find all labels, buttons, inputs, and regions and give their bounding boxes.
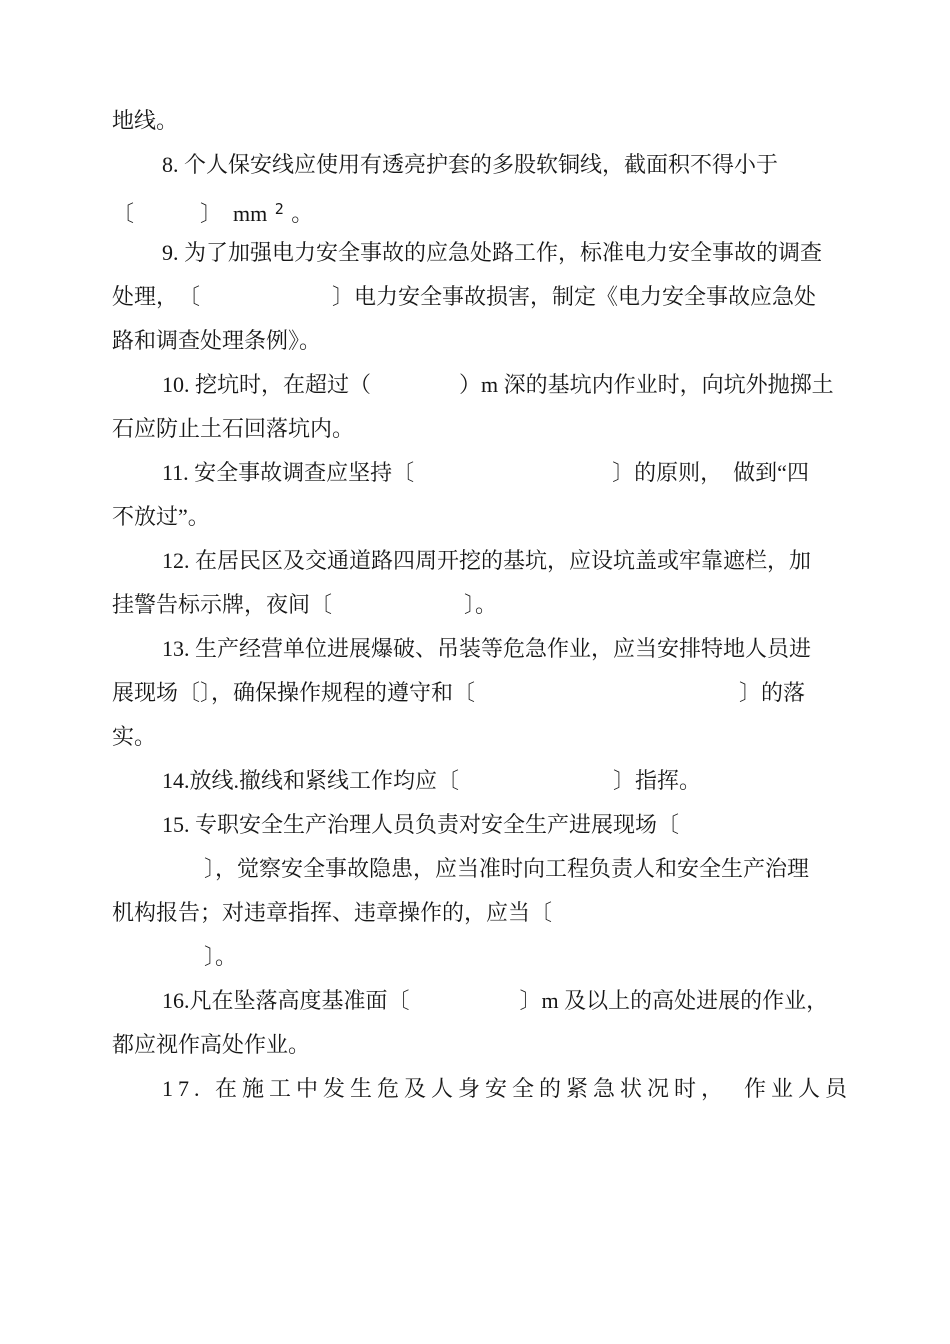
superscript: 2 xyxy=(273,200,286,218)
line-text: 〔 〕 mm xyxy=(112,201,273,226)
text-line: 15. 专职安全生产治理人员负责对安全生产进展现场〔 xyxy=(112,803,857,847)
text-line: 16.凡在坠落高度基准面〔 〕m 及以上的高处进展的作业， xyxy=(112,979,857,1023)
text-line: 〕。 xyxy=(112,935,857,979)
document-page: 地线。8. 个人保安线应使用有透亮护套的多股软铜线，截面积不得小于〔 〕 mm … xyxy=(0,0,950,1344)
text-line: 8. 个人保安线应使用有透亮护套的多股软铜线，截面积不得小于 xyxy=(112,143,857,187)
text-line: 9. 为了加强电力安全事故的应急处路工作，标准电力安全事故的调查 xyxy=(112,231,857,275)
text-line: 13. 生产经营单位进展爆破、吊装等危急作业，应当安排特地人员进 xyxy=(112,627,857,671)
text-line: 路和调查处理条例》。 xyxy=(112,319,857,363)
text-line: 机构报告；对违章指挥、违章操作的，应当〔 xyxy=(112,891,857,935)
text-line: 11. 安全事故调查应坚持〔 〕的原则， 做到“四 xyxy=(112,451,857,495)
text-line: 石应防止土石回落坑内。 xyxy=(112,407,857,451)
text-line: 挂警告标示牌，夜间〔 〕。 xyxy=(112,583,857,627)
text-line: 14.放线.撤线和紧线工作均应〔 〕指挥。 xyxy=(112,759,857,803)
text-line: 17. 在施工中发生危及人身安全的紧急状况时， 作业人员 xyxy=(112,1067,857,1111)
document-text-block: 地线。8. 个人保安线应使用有透亮护套的多股软铜线，截面积不得小于〔 〕 mm … xyxy=(112,99,857,1111)
text-line: 10. 挖坑时，在超过（ ）m 深的基坑内作业时，向坑外抛掷土 xyxy=(112,363,857,407)
text-line: 都应视作高处作业。 xyxy=(112,1023,857,1067)
text-line: 〔 〕 mm 2 。 xyxy=(112,187,857,231)
line-text: 。 xyxy=(286,201,314,226)
text-line: 处理， 〔 〕电力安全事故损害，制定《电力安全事故应急处 xyxy=(112,275,857,319)
text-line: 实。 xyxy=(112,715,857,759)
text-line: 12. 在居民区及交通道路四周开挖的基坑，应设坑盖或牢靠遮栏，加 xyxy=(112,539,857,583)
text-line: 展现场〔〕，确保操作规程的遵守和〔 〕的落 xyxy=(112,671,857,715)
text-line: 不放过”。 xyxy=(112,495,857,539)
text-line: 地线。 xyxy=(112,99,857,143)
text-line: 〕，觉察安全事故隐患，应当准时向工程负责人和安全生产治理 xyxy=(112,847,857,891)
